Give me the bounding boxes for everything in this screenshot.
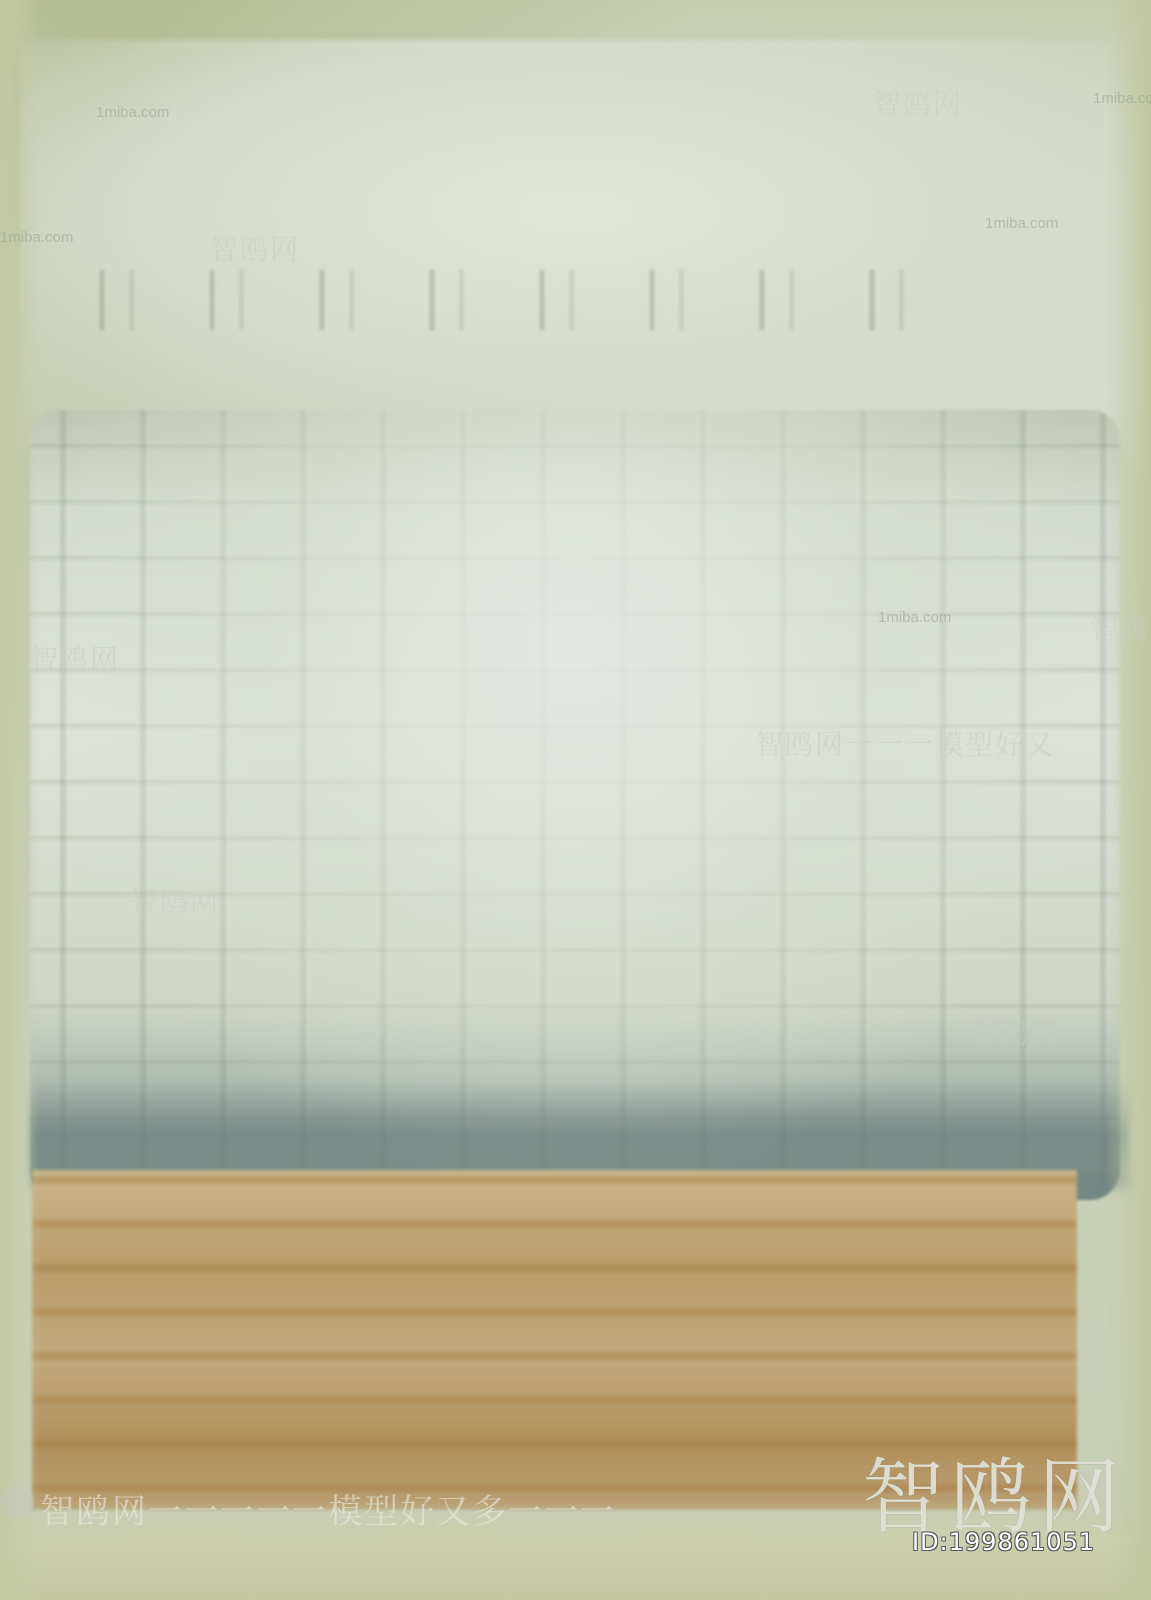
watermark-brand: 智鸥网	[1090, 608, 1151, 648]
watermark-site: 1miba.com	[878, 609, 951, 626]
watermark-brand: 智鸥网	[210, 228, 300, 268]
watermark-site: 1miba.com	[0, 229, 73, 246]
watermark-brand: 智鸥网	[130, 880, 220, 920]
rug-texture	[0, 0, 1151, 1600]
watermark-brand-line: 智鸥网一一一一一模型好又多一一一	[40, 1484, 616, 1533]
watermark-site: 1miba.com	[985, 215, 1058, 232]
watermark-brand: 智鸥网	[30, 638, 120, 678]
watermark-brand: 智鸥网	[873, 82, 963, 122]
watermark-brand-line: 智鸥网一一一模型好又	[755, 723, 1055, 763]
rug-right-border	[1106, 0, 1151, 1600]
rug-top-field	[20, 40, 1130, 420]
watermark-site: 1miba.com	[96, 104, 169, 121]
watermark-brand: 智鸥网	[970, 1012, 1060, 1052]
watermark-id: ID:199861051	[912, 1528, 1095, 1556]
watermark-site: 1miba.com	[1093, 90, 1151, 107]
bird-logo-icon	[0, 1485, 34, 1519]
rug-top-streaks	[60, 270, 960, 330]
